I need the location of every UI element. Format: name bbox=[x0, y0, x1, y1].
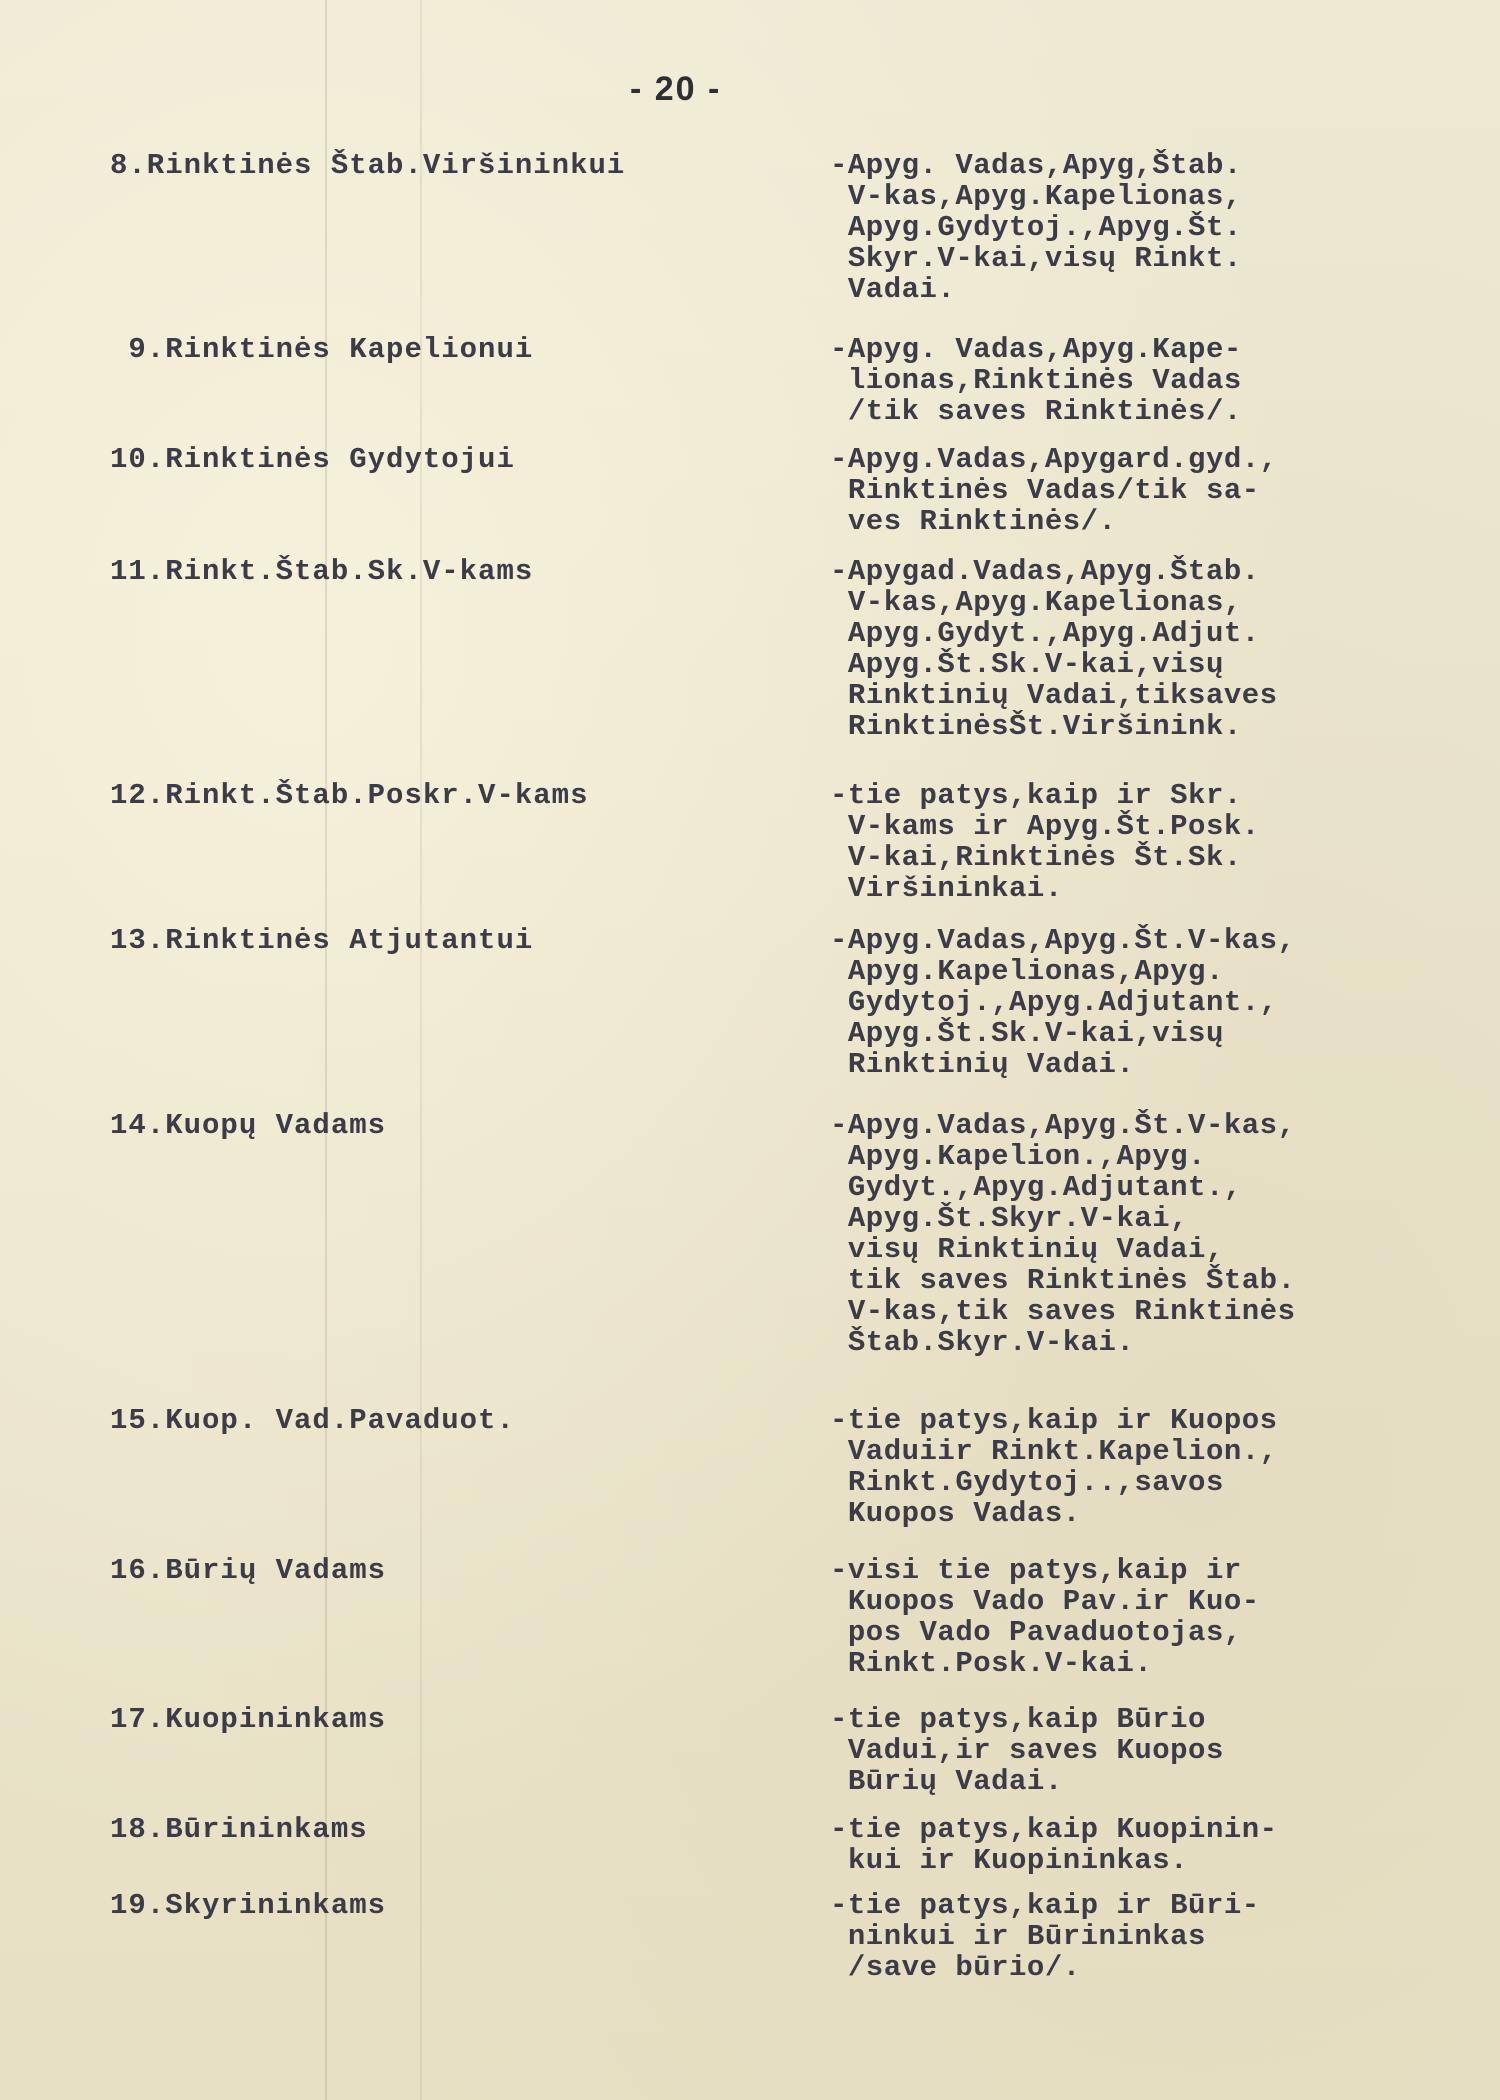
recipients-text: -Apyg. Vadas,Apyg.Kape- lionas,Rinktinės… bbox=[830, 334, 1470, 427]
addressee-label: 15.Kuop. Vad.Pavaduot. bbox=[110, 1405, 790, 1436]
recipients-text: -Apygad.Vadas,Apyg.Štab. V-kas,Apyg.Kape… bbox=[830, 556, 1470, 742]
recipients-text: -tie patys,kaip ir Kuopos Vaduiir Rinkt.… bbox=[830, 1405, 1470, 1529]
addressee-label: 19.Skyrininkams bbox=[110, 1890, 790, 1921]
recipients-text: -tie patys,kaip Būrio Vadui,ir saves Kuo… bbox=[830, 1704, 1470, 1797]
addressee-label: 9.Rinktinės Kapelionui bbox=[110, 334, 790, 365]
addressee-label: 10.Rinktinės Gydytojui bbox=[110, 444, 790, 475]
recipients-text: -tie patys,kaip Kuopinin- kui ir Kuopini… bbox=[830, 1814, 1470, 1876]
page-number: - 20 - bbox=[630, 70, 721, 109]
addressee-label: 18.Būrininkams bbox=[110, 1814, 790, 1845]
paper-fold-line bbox=[420, 0, 422, 2100]
addressee-label: 17.Kuopininkams bbox=[110, 1704, 790, 1735]
recipients-text: -Apyg.Vadas,Apyg.Št.V-kas, Apyg.Kapelion… bbox=[830, 1110, 1470, 1358]
addressee-label: 12.Rinkt.Štab.Poskr.V-kams bbox=[110, 780, 790, 811]
addressee-label: 16.Būrių Vadams bbox=[110, 1555, 790, 1586]
addressee-label: 14.Kuopų Vadams bbox=[110, 1110, 790, 1141]
recipients-text: -tie patys,kaip ir Būri- ninkui ir Būrin… bbox=[830, 1890, 1470, 1983]
addressee-label: 11.Rinkt.Štab.Sk.V-kams bbox=[110, 556, 790, 587]
recipients-text: -visi tie patys,kaip ir Kuopos Vado Pav.… bbox=[830, 1555, 1470, 1679]
addressee-label: 8.Rinktinės Štab.Viršininkui bbox=[110, 150, 790, 181]
recipients-text: -Apyg.Vadas,Apygard.gyd., Rinktinės Vada… bbox=[830, 444, 1470, 537]
recipients-text: -tie patys,kaip ir Skr. V-kams ir Apyg.Š… bbox=[830, 780, 1470, 904]
recipients-text: -Apyg.Vadas,Apyg.Št.V-kas, Apyg.Kapelion… bbox=[830, 925, 1470, 1080]
paper-fold-line bbox=[325, 0, 327, 2100]
addressee-label: 13.Rinktinės Atjutantui bbox=[110, 925, 790, 956]
recipients-text: -Apyg. Vadas,Apyg,Štab. V-kas,Apyg.Kapel… bbox=[830, 150, 1470, 305]
